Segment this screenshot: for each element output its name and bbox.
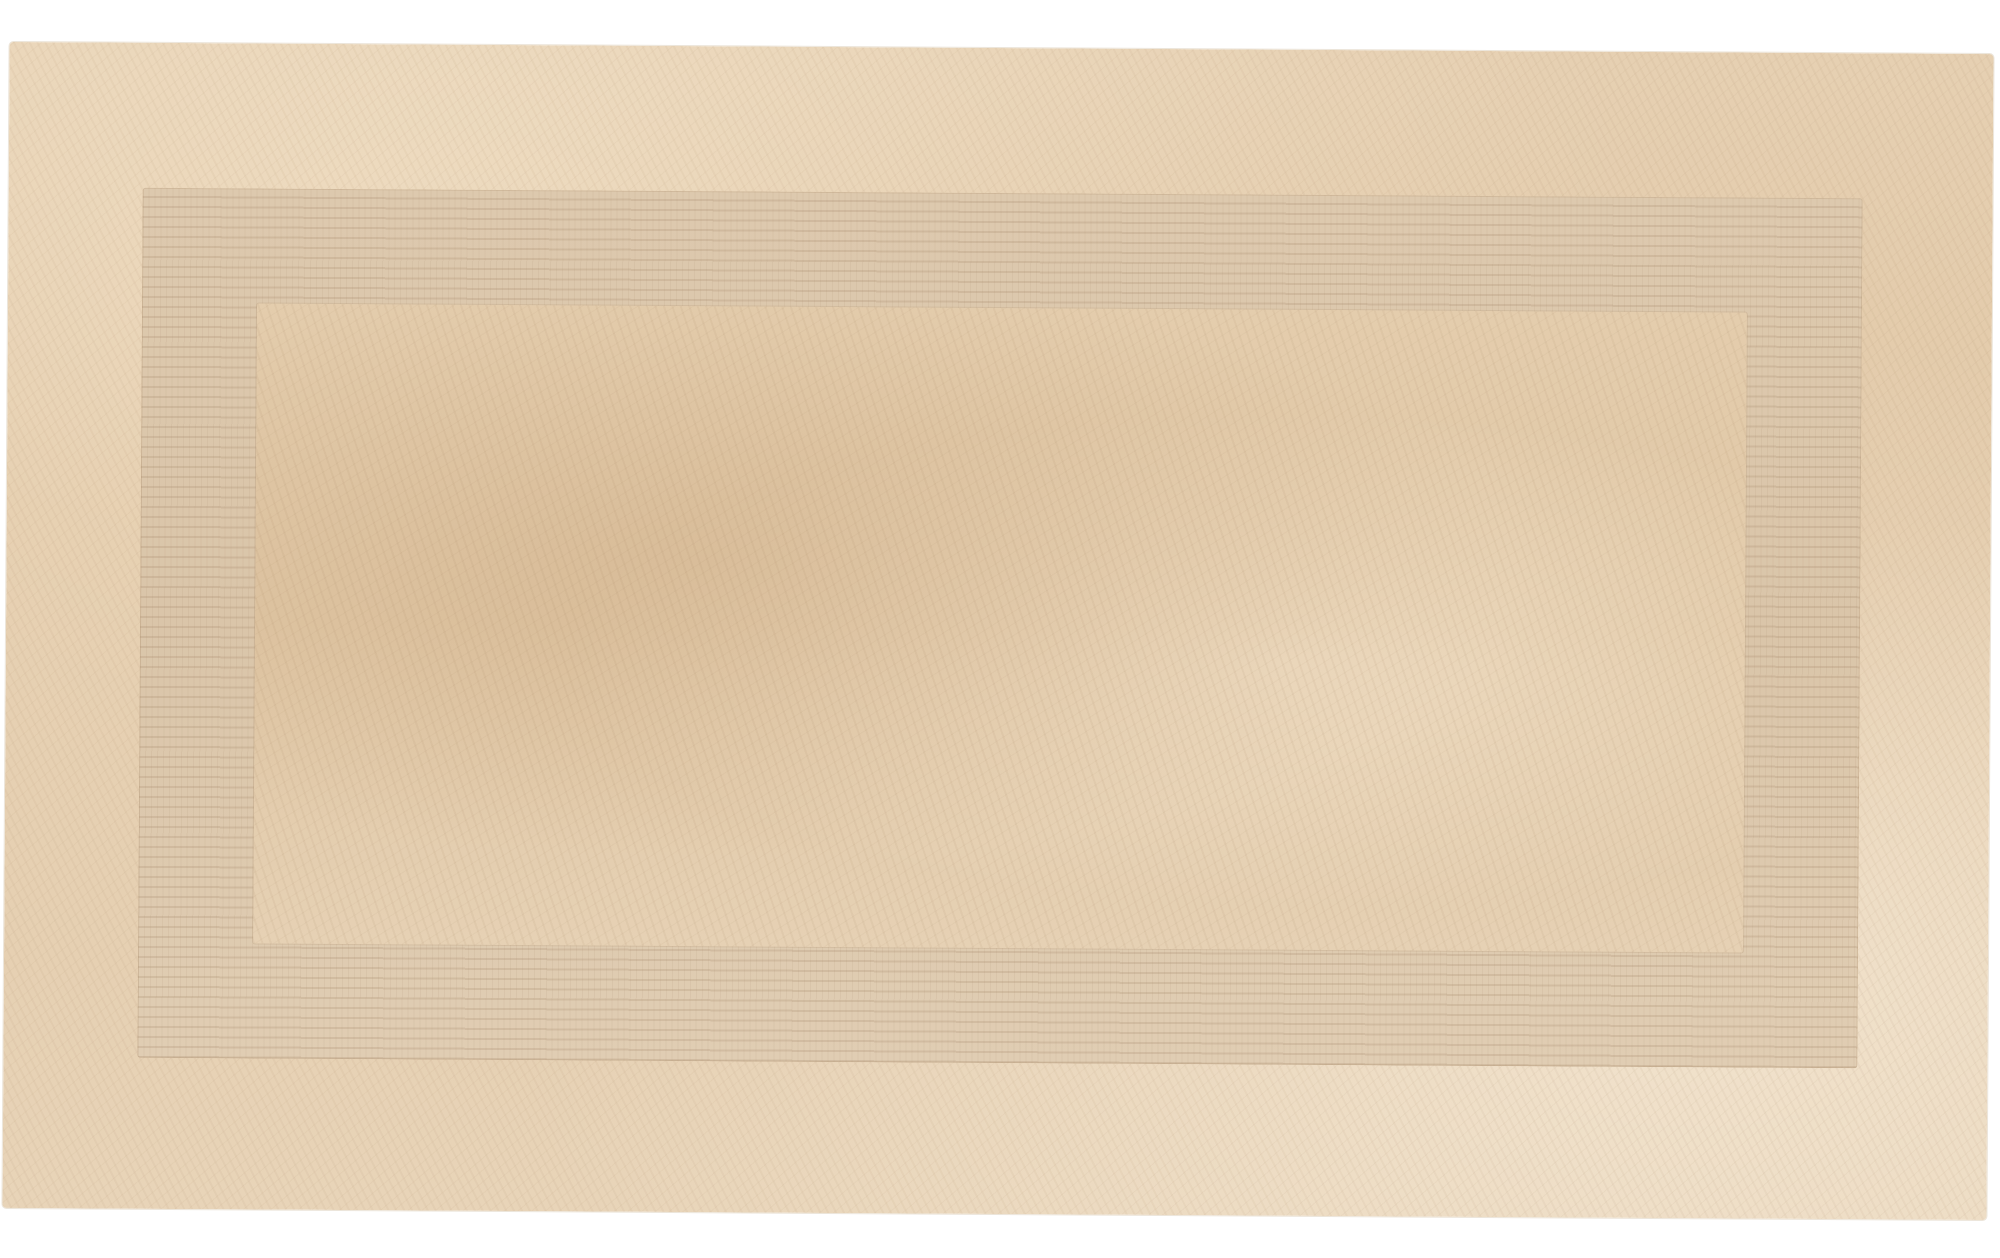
plush-center-field bbox=[253, 303, 1747, 952]
woven-border-band bbox=[137, 188, 1862, 1068]
photo-stage bbox=[0, 0, 2000, 1258]
bath-mat bbox=[2, 42, 1993, 1220]
